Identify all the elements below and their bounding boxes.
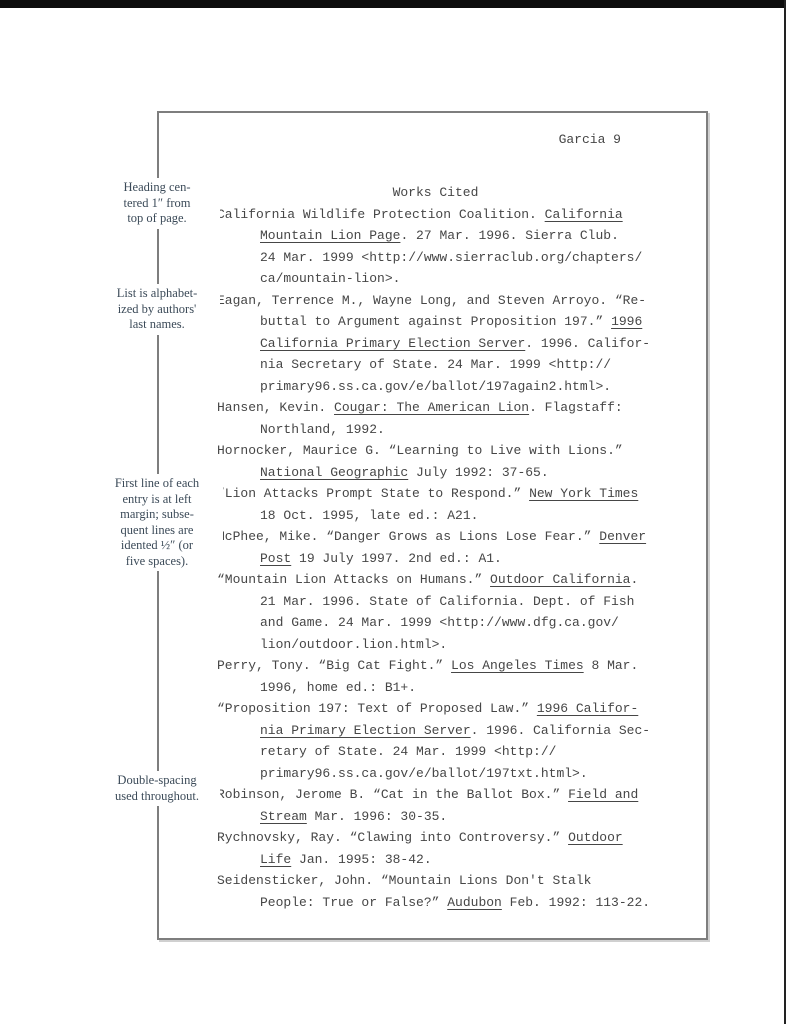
citation-line: Life Jan. 1995: 38-42. bbox=[217, 849, 654, 871]
page-title: Works Cited bbox=[217, 182, 654, 204]
citation-line: Stream Mar. 1996: 30-35. bbox=[217, 806, 654, 828]
citation-line: 24 Mar. 1999 <http://www.sierraclub.org/… bbox=[217, 247, 654, 269]
citation-line: nia Primary Election Server. 1996. Calif… bbox=[217, 720, 654, 742]
citation-line: Mountain Lion Page. 27 Mar. 1996. Sierra… bbox=[217, 225, 654, 247]
citation-line: primary96.ss.ca.gov/e/ballot/197again2.h… bbox=[217, 376, 654, 398]
citation-line: 1996, home ed.: B1+. bbox=[217, 677, 654, 699]
scan-edge-top-bar bbox=[0, 0, 786, 8]
citation-line: California Primary Election Server. 1996… bbox=[217, 333, 654, 355]
margin-annotation-alphabetized: List is alphabet- ized by authors' last … bbox=[94, 284, 220, 335]
page-content: Works Cited California Wildlife Protecti… bbox=[217, 182, 654, 913]
citation-line: Northland, 1992. bbox=[217, 419, 654, 441]
citation-line: California Wildlife Protection Coalition… bbox=[217, 204, 654, 226]
running-head-page-number: Garcia 9 bbox=[559, 132, 621, 147]
citation-line: retary of State. 24 Mar. 1999 <http:// bbox=[217, 741, 654, 763]
citation-line: People: True or False?” Audubon Feb. 199… bbox=[217, 892, 654, 914]
citation-line: Perry, Tony. “Big Cat Fight.” Los Angele… bbox=[217, 655, 654, 677]
citation-line: Eagan, Terrence M., Wayne Long, and Stev… bbox=[217, 290, 654, 312]
citation-line: primary96.ss.ca.gov/e/ballot/197txt.html… bbox=[217, 763, 654, 785]
document-page: Garcia 9 Works Cited California Wildlife… bbox=[157, 111, 708, 940]
citation-line: buttal to Argument against Proposition 1… bbox=[217, 311, 654, 333]
citation-line: 21 Mar. 1996. State of California. Dept.… bbox=[217, 591, 654, 613]
margin-annotation-double-spacing: Double-spacing used throughout. bbox=[94, 771, 220, 806]
citation-line: Post 19 July 1997. 2nd ed.: A1. bbox=[217, 548, 654, 570]
citation-line: National Geographic July 1992: 37-65. bbox=[217, 462, 654, 484]
citation-line: “Lion Attacks Prompt State to Respond.” … bbox=[217, 483, 654, 505]
citation-line: Hansen, Kevin. Cougar: The American Lion… bbox=[217, 397, 654, 419]
citation-line: Rychnovsky, Ray. “Clawing into Controver… bbox=[217, 827, 654, 849]
scan-canvas: Garcia 9 Works Cited California Wildlife… bbox=[0, 0, 786, 1024]
citation-line: lion/outdoor.lion.html>. bbox=[217, 634, 654, 656]
citation-list: California Wildlife Protection Coalition… bbox=[217, 204, 654, 914]
citation-line: and Game. 24 Mar. 1999 <http://www.dfg.c… bbox=[217, 612, 654, 634]
citation-line: Hornocker, Maurice G. “Learning to Live … bbox=[217, 440, 654, 462]
citation-line: 18 Oct. 1995, late ed.: A21. bbox=[217, 505, 654, 527]
citation-line: ca/mountain-lion>. bbox=[217, 268, 654, 290]
margin-annotation-heading: Heading cen- tered 1″ from top of page. bbox=[94, 178, 220, 229]
margin-annotation-hanging-indent: First line of each entry is at left marg… bbox=[91, 474, 223, 571]
citation-line: “Proposition 197: Text of Proposed Law.”… bbox=[217, 698, 654, 720]
citation-line: “Mountain Lion Attacks on Humans.” Outdo… bbox=[217, 569, 654, 591]
citation-line: Seidensticker, John. “Mountain Lions Don… bbox=[217, 870, 654, 892]
citation-line: nia Secretary of State. 24 Mar. 1999 <ht… bbox=[217, 354, 654, 376]
citation-line: McPhee, Mike. “Danger Grows as Lions Los… bbox=[217, 526, 654, 548]
citation-line: Robinson, Jerome B. “Cat in the Ballot B… bbox=[217, 784, 654, 806]
